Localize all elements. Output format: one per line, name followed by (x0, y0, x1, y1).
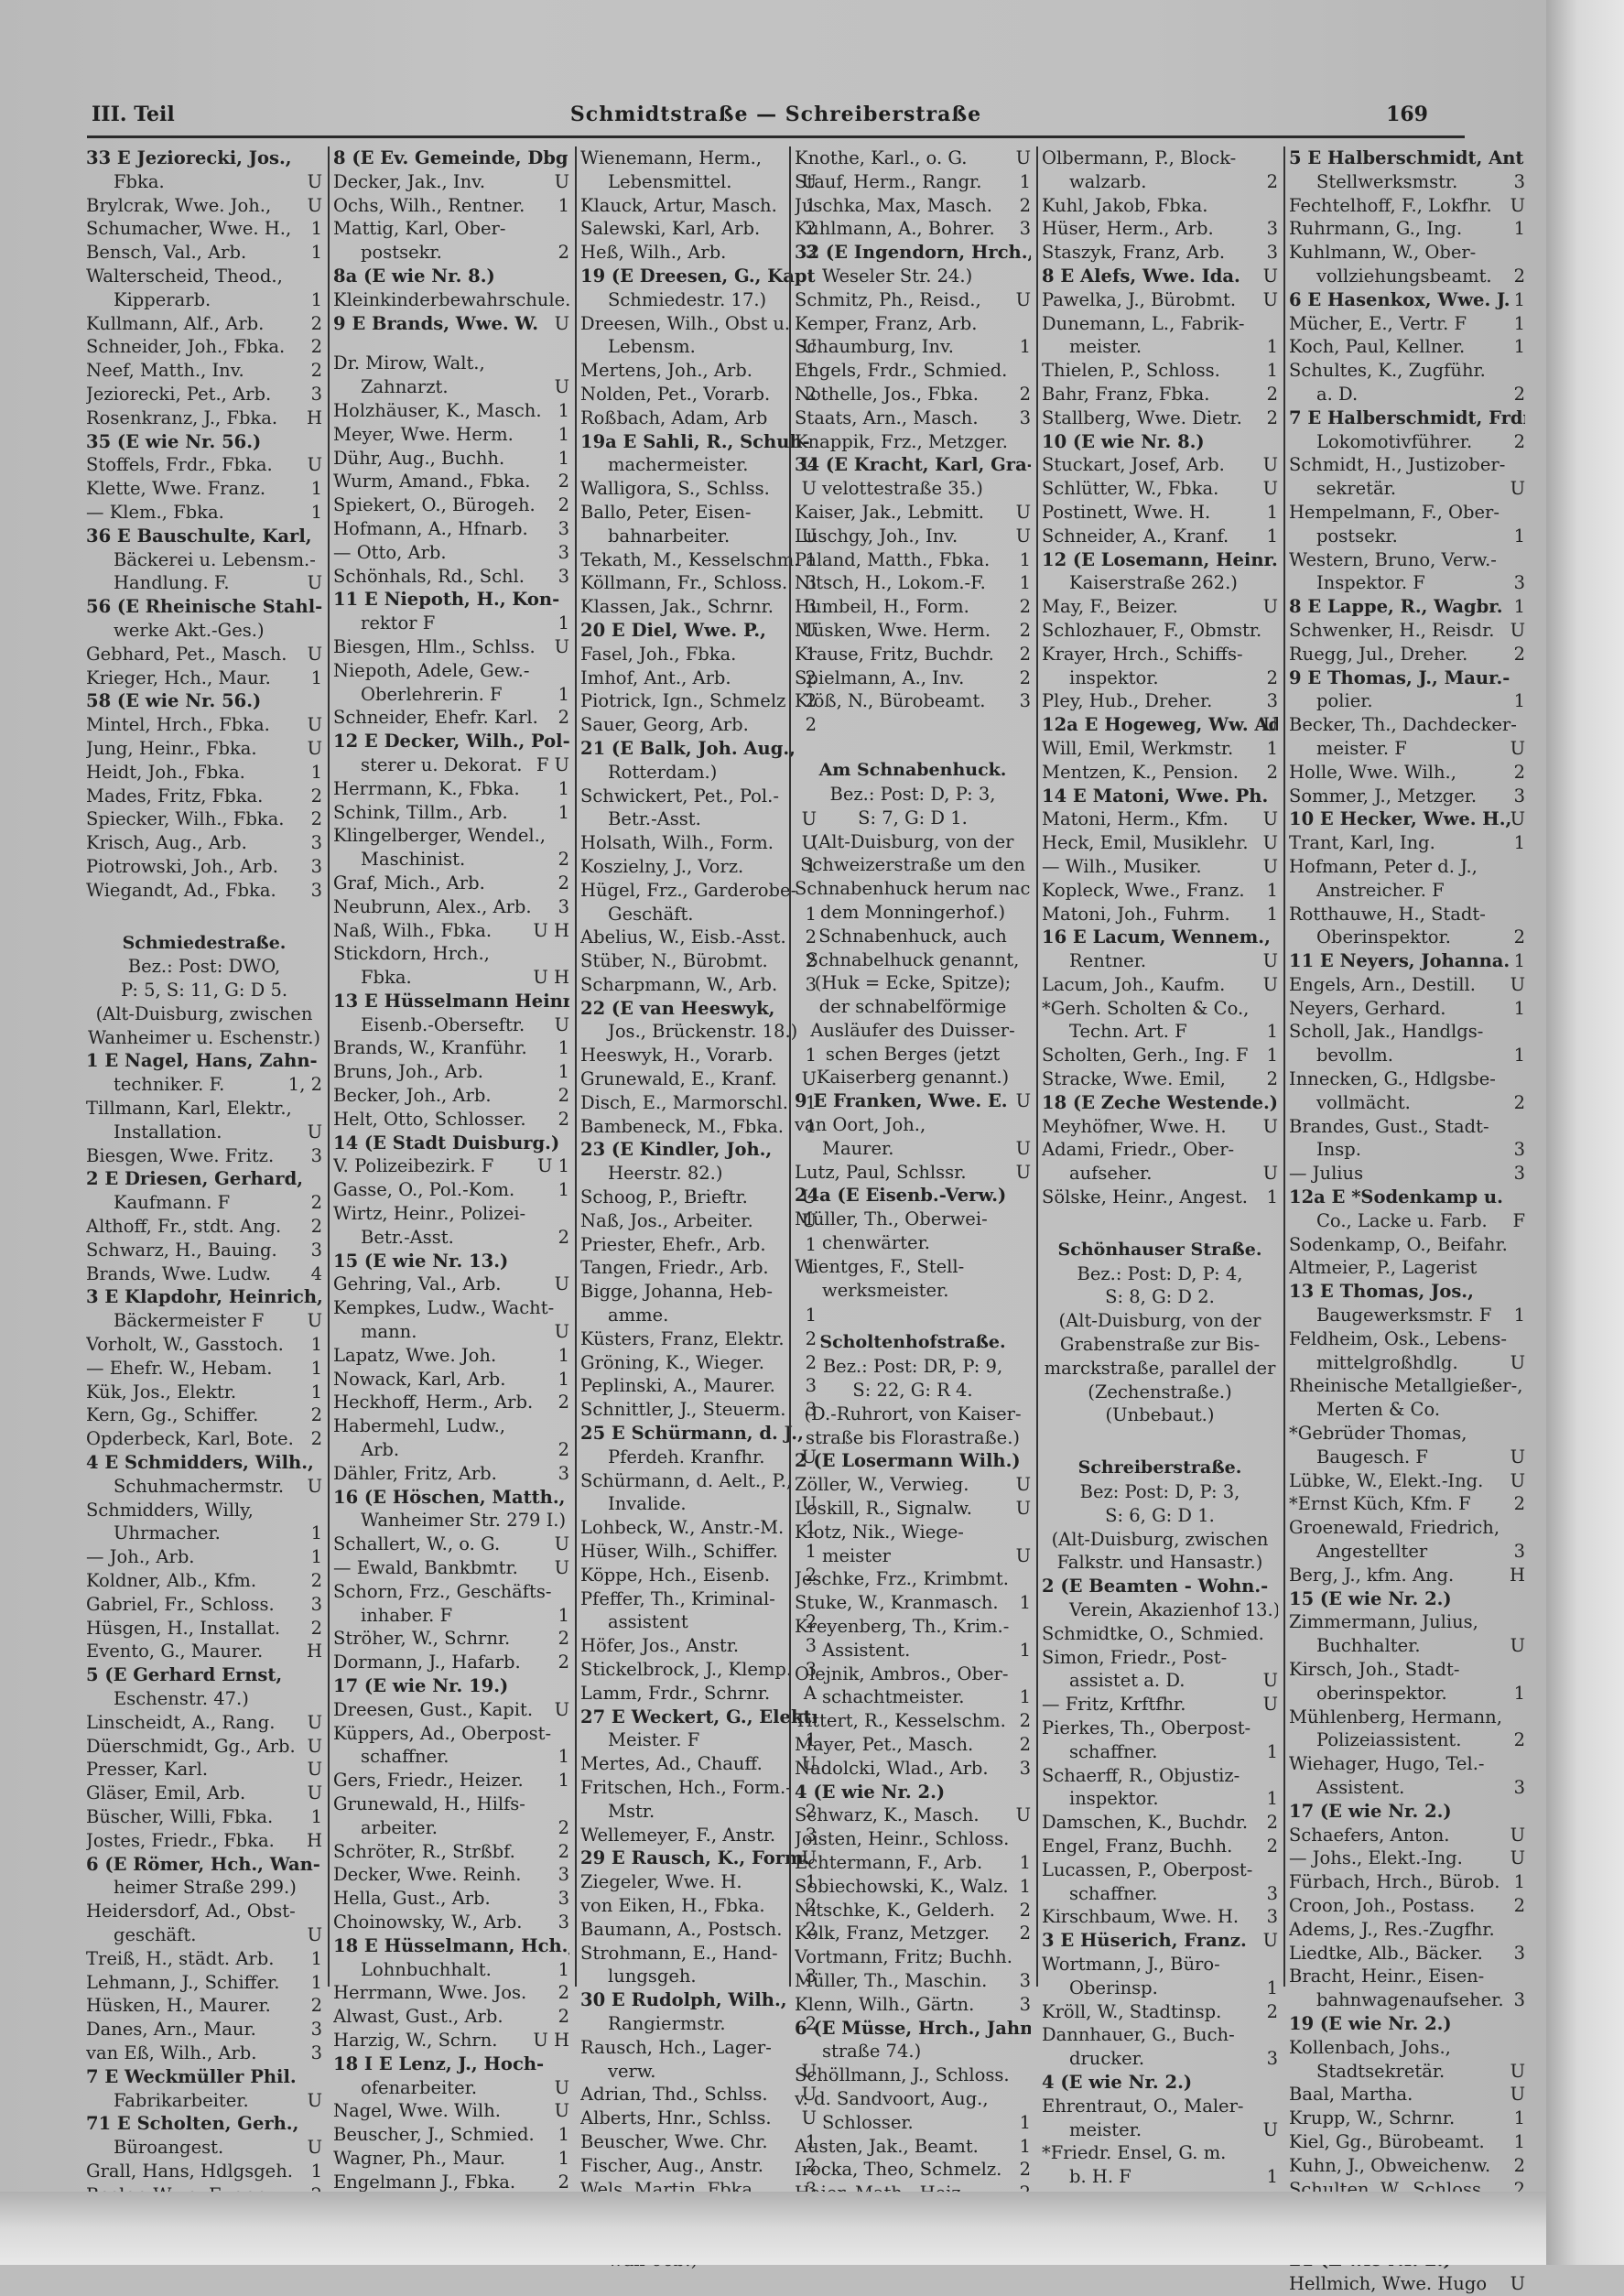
entry-text: Dühr, Aug., Buchh. (333, 447, 504, 471)
entry-text: Weseler Str. 24.) (795, 265, 972, 288)
entry-text: Müller, Th., Maschin. (795, 1969, 987, 1993)
resident-entry: — Fritz, Krftfhr.U (1042, 1693, 1278, 1717)
resident-entry: Ballo, Peter, Eisen- (580, 501, 817, 525)
resident-entry: Schaefers, Anton.U (1289, 1824, 1525, 1847)
resident-entry: Western, Bruno, Verw.- (1289, 548, 1525, 572)
resident-entry: Kollenbach, Johs., (1289, 2036, 1525, 2060)
entry-text: Schöllmann, J., Schloss. (795, 2063, 1010, 2087)
entry-text: Dreesen, Gust., Kapit. (333, 1698, 533, 1722)
entry-text: Groenewald, Friedrich, (1289, 1516, 1499, 1540)
entry-text: Olbermann, P., Block- (1042, 146, 1236, 170)
floor-marker: 3 (311, 1593, 322, 1617)
entry-text: Hüser, Herm., Arb. (1042, 217, 1214, 241)
floor-marker: 1 (311, 1357, 322, 1381)
entry-text: v. d. Sandvoort, Aug., (795, 2087, 989, 2111)
floor-marker: 2 (1514, 1728, 1525, 1752)
resident-entry: *Ernst Küch, Kfm. F2 (1289, 1492, 1525, 1516)
house-number-entry: 22 (E van Heeswyk, (580, 997, 817, 1021)
resident-entry: Tangen, Friedr., Arb.1 (580, 1256, 817, 1280)
entry-text: Heck, Emil, Musiklehr. (1042, 831, 1249, 855)
resident-entry: Eisenb.-Oberseftr.U (333, 1013, 569, 1037)
entry-text: *Friedr. Ensel, G. m. (1042, 2141, 1226, 2165)
floor-marker: 1 (1267, 879, 1278, 903)
resident-entry: Schnittler, J., Steuerm.3 (580, 1398, 817, 1422)
resident-entry: van Oort, Joh., (795, 1113, 1031, 1137)
entry-text: Jeschke, Frz., Krimbmt. (795, 1567, 1009, 1591)
resident-entry: Bäckermeister FU (86, 1309, 322, 1333)
floor-marker: 1 (1514, 949, 1525, 973)
house-number-entry: 16 E Lacum, Wennem., (1042, 926, 1278, 949)
street-heading: Schreiberstraße. (1042, 1457, 1278, 1480)
entry-text: Klette, Wwe. Franz. (86, 477, 265, 501)
resident-entry: Bracht, Heinr., Eisen- (1289, 1965, 1525, 1988)
resident-entry: Salewski, Karl, Arb.2 (580, 217, 817, 241)
entry-text: Harzig, W., Schrn. (333, 2029, 498, 2052)
entry-text: Schwarz, K., Masch. (795, 1803, 980, 1827)
entry-text: inspektor. (1042, 666, 1159, 690)
resident-entry: Austen, Jak., Beamt.1 (795, 2135, 1031, 2159)
resident-entry: Klotz, Nik., Wiege- (795, 1521, 1031, 1544)
resident-entry: Naß, Wilh., Fbka.U H (333, 919, 569, 943)
floor-marker: U (1510, 973, 1525, 997)
entry-text: schachtmeister. (795, 1685, 964, 1709)
street-info: Grabenstraße zur Bis- (1042, 1333, 1278, 1357)
entry-text: Insp. (1289, 1138, 1361, 1162)
resident-entry: Stuke, W., Kranmasch.1 (795, 1591, 1031, 1615)
resident-entry: V. Polizeibezirk. FU 1 (333, 1154, 569, 1178)
resident-entry: Müller, Th., Maschin.3 (795, 1969, 1031, 1993)
entry-text: Dormann, J., Hafarb. (333, 1651, 521, 1674)
floor-marker: U (555, 1556, 569, 1580)
resident-entry: Simon, Friedr., Post- (1042, 1646, 1278, 1670)
entry-text: Fritschen, Hch., Form.- (580, 1776, 792, 1800)
entry-text: Tekath, M., Kesselschm. (580, 548, 799, 572)
resident-entry: Gabriel, Fr., Schloss.3 (86, 1593, 322, 1617)
resident-entry: a. D.2 (1289, 383, 1525, 406)
entry-text: Co., Lacke u. Farb. (1289, 1209, 1488, 1233)
entry-text: techniker. F. (86, 1073, 224, 1097)
resident-entry: Disch, E., Marmorschl.1 (580, 1091, 817, 1115)
entry-text: Brylcrak, Wwe. Joh., (86, 194, 271, 218)
entry-text: 16 E Lacum, Wennem., (1042, 926, 1271, 949)
resident-entry: Hügel, Frz., Garderobe- (580, 879, 817, 903)
resident-entry: Damschen, K., Buchdr.2 (1042, 1811, 1278, 1835)
entry-text: Adami, Friedr., Ober- (1042, 1138, 1234, 1162)
resident-entry: Schmitz, Ph., Reisd.,U (795, 288, 1031, 312)
resident-entry: Mücher, E., Vertr. F1 (1289, 312, 1525, 336)
entry-text: Büroangest. (86, 2136, 223, 2160)
entry-text: Uhrmacher. (86, 1522, 221, 1545)
floor-marker: U (1263, 1669, 1278, 1693)
floor-marker: U (1263, 288, 1278, 312)
resident-entry: Sommer, J., Metzger.3 (1289, 785, 1525, 808)
floor-marker: 3 (1267, 217, 1278, 241)
resident-entry: velottestraße 35.) (795, 477, 1031, 501)
entry-text: Müsken, Wwe. Herm. (795, 619, 991, 643)
floor-marker: U (308, 737, 322, 761)
floor-marker: 3 (558, 565, 569, 589)
entry-text: schaffner. (1042, 1740, 1157, 1764)
entry-text: Schlosser. (795, 2111, 914, 2135)
resident-entry: Schink, Tillm., Arb.1 (333, 801, 569, 825)
entry-text: 36 E Bauschulte, Karl, (86, 525, 312, 548)
entry-text: mittelgroßhdlg. (1289, 1351, 1458, 1375)
entry-text: — Klem., Fbka. (86, 501, 224, 525)
column-2: 8 (E Ev. Gemeinde, Dbg.)Decker, Jak., In… (333, 146, 569, 2265)
entry-text: Hella, Gust., Arb. (333, 1887, 491, 1911)
entry-text: Klöß, N., Bürobeamt. (795, 689, 986, 713)
entry-text: Imhof, Ant., Arb. (580, 666, 731, 690)
resident-entry: Wienemann, Herm., (580, 146, 817, 170)
entry-text: 10 (E wie Nr. 8.) (1042, 430, 1205, 454)
floor-marker: 1 (558, 1060, 569, 1084)
floor-marker: 2 (1267, 2000, 1278, 2024)
street-heading: Schönhauser Straße. (1042, 1239, 1278, 1262)
resident-entry: Co., Lacke u. Farb.F (1289, 1209, 1525, 1233)
floor-marker: U (308, 170, 322, 194)
resident-entry: Ruhrmann, G., Ing.1 (1289, 217, 1525, 241)
resident-entry: Fürbach, Hrch., Bürob.1 (1289, 1870, 1525, 1894)
entry-text: Stallberg, Wwe. Dietr. (1042, 406, 1242, 430)
resident-entry: ofenarbeiter.U (333, 2076, 569, 2100)
entry-text: meister. (1042, 2118, 1142, 2142)
entry-text: Vorholt, W., Gasstoch. (86, 1333, 284, 1357)
house-number-entry: 17 (E wie Nr. 19.) (333, 1674, 569, 1698)
resident-entry: meister. FU (1289, 737, 1525, 761)
floor-marker: U (308, 643, 322, 666)
entry-text: Büscher, Willi, Fbka. (86, 1805, 273, 1829)
resident-entry: Stickdorn, Hrch., (333, 942, 569, 966)
entry-text: Nitsch, H., Lokom.-F. (795, 571, 986, 595)
entry-text: Roßbach, Adam, Arb (580, 406, 767, 430)
resident-entry: Nolden, Pet., Vorarb.2 (580, 383, 817, 406)
resident-entry: Betr.-Asst.U (580, 807, 817, 831)
resident-entry: Walterscheid, Theod., (86, 265, 322, 288)
entry-text: schaffner. (1042, 1882, 1157, 1906)
resident-entry: Lapatz, Wwe. Joh.1 (333, 1344, 569, 1368)
floor-marker: 1 (1020, 1875, 1031, 1899)
resident-entry: Schmidders, Willy, (86, 1499, 322, 1522)
street-info: Schweizerstraße um den (795, 853, 1031, 877)
floor-marker: 3 (311, 1239, 322, 1262)
resident-entry: Schlozhauer, F., Obmstr. (1042, 619, 1278, 643)
resident-entry: Fechtelhoff, F., Lokfhr.U (1289, 194, 1525, 218)
floor-marker: U (1263, 831, 1278, 855)
floor-marker: 3 (1514, 1138, 1525, 1162)
resident-entry: Kern, Gg., Schiffer.2 (86, 1403, 322, 1427)
column-divider (1283, 146, 1285, 1987)
floor-marker: 1 (558, 612, 569, 635)
entry-text: Bäckermeister F (86, 1309, 264, 1333)
floor-marker: 2 (1267, 666, 1278, 690)
entry-text: Lamm, Frdr., Schrnr. (580, 1682, 770, 1706)
floor-marker: 3 (311, 1144, 322, 1168)
floor-marker: 1 (1514, 217, 1525, 241)
resident-entry: Assistent.1 (795, 1639, 1031, 1662)
entry-text: Engels, Frdr., Schmied. (795, 359, 1007, 383)
entry-text: 18 (E Zeche Westende.) (1042, 1091, 1278, 1115)
entry-text: Schmidtke, O., Schmied. (1042, 1622, 1264, 1646)
house-number-entry: 11 E Niepoth, H., Kon- (333, 588, 569, 612)
floor-marker: U (308, 713, 322, 737)
resident-entry: Ochs, Wilh., Rentner.1 (333, 194, 569, 218)
resident-entry: Mentzen, K., Pension.2 (1042, 761, 1278, 785)
floor-marker: U H (533, 2029, 569, 2052)
resident-entry: Staszyk, Franz, Arb.3 (1042, 241, 1278, 265)
floor-marker: 2 (1020, 2158, 1031, 2182)
entry-text: 18 E Hüsselmann, Hch., (333, 1934, 569, 1958)
resident-entry: Büscher, Willi, Fbka.1 (86, 1805, 322, 1829)
floor-marker: 2 (1514, 1894, 1525, 1918)
entry-text: Arb. (333, 1438, 399, 1462)
floor-marker: U (1263, 595, 1278, 619)
floor-marker: U (308, 2089, 322, 2113)
entry-text: Kleinkinderbewahrschule. (333, 288, 569, 312)
resident-entry: Feldheim, Osk., Lebens- (1289, 1327, 1525, 1351)
house-number-entry: 19 (E wie Nr. 2.) (1289, 2012, 1525, 2036)
resident-entry: Küsters, Franz, Elektr.2 (580, 1327, 817, 1351)
spacer (86, 903, 322, 919)
floor-marker: U (1510, 737, 1525, 761)
entry-text: Helt, Otto, Schlosser. (333, 1108, 526, 1132)
entry-text: Grunewald, E., Kranf. (580, 1067, 777, 1091)
floor-marker: 2 (311, 1617, 322, 1641)
entry-text: Lokomotivführer. (1289, 430, 1472, 454)
resident-entry: Meister. F1 (580, 1728, 817, 1752)
resident-entry: postsekr.2 (333, 241, 569, 265)
resident-entry: Stüber, N., Bürobmt.2 (580, 949, 817, 973)
resident-entry: Holzhäuser, K., Masch.1 (333, 399, 569, 423)
house-number-entry: 11 E Neyers, Johanna.1 (1289, 949, 1525, 973)
spacer (795, 1302, 1031, 1318)
column-4: Knothe, Karl., o. G.UStauf, Herm., Rangr… (795, 146, 1031, 2229)
entry-text: — Ewald, Bankbmtr. (333, 1556, 518, 1580)
entry-text: Nothelle, Jos., Fbka. (795, 383, 979, 406)
entry-text: Maschinist. (333, 848, 465, 872)
floor-marker: 1 (1514, 335, 1525, 359)
floor-marker: U (1263, 807, 1278, 831)
street-info: Wanheimer u. Eschenstr.) (86, 1026, 322, 1050)
entry-text: postsekr. (1289, 525, 1398, 548)
resident-entry: Techn. Art. F1 (1042, 1020, 1278, 1044)
resident-entry: Mertes, Ad., Chauff.U (580, 1752, 817, 1776)
resident-entry: Köppe, Hch., Eisenb.2 (580, 1564, 817, 1587)
floor-marker: 2 (1267, 761, 1278, 785)
floor-marker: 2 (1267, 406, 1278, 430)
entry-text: Scharpmann, W., Arb. (580, 973, 777, 997)
house-number-entry: 3 E Klapdohr, Heinrich, (86, 1285, 322, 1309)
house-number-entry: 71 E Scholten, Gerh., (86, 2112, 322, 2136)
entry-text: Schneider, A., Kranf. (1042, 525, 1229, 548)
resident-entry: Wanheimer Str. 279 I.) (333, 1509, 569, 1532)
resident-entry: Lucassen, P., Oberpost- (1042, 1858, 1278, 1882)
floor-marker: U (1510, 1446, 1525, 1469)
resident-entry: Althoff, Fr., stdt. Ang.2 (86, 1215, 322, 1239)
entry-text: Krause, Fritz, Buchdr. (795, 643, 994, 666)
entry-text: Dreesen, Wilh., Obst u. (580, 312, 790, 336)
house-number-entry: 4 E Schmidders, Wilh., (86, 1451, 322, 1475)
entry-text: Abelius, W., Eisb.-Asst. (580, 926, 786, 949)
floor-marker: 3 (1267, 689, 1278, 713)
resident-entry: Bäckerei u. Lebensm.- (86, 548, 322, 572)
entry-text: Presser, Karl. (86, 1758, 208, 1782)
entry-text: — Wilh., Musiker. (1042, 855, 1202, 879)
entry-text: 15 (E wie Nr. 13.) (333, 1250, 508, 1273)
entry-text: Baugesch. F (1289, 1446, 1428, 1469)
entry-text: Ehrentraut, O., Maler- (1042, 2095, 1244, 2118)
resident-entry: Scholl, Jak., Handlgs- (1289, 1020, 1525, 1044)
entry-text: 8 E Alefs, Wwe. Ida. (1042, 265, 1240, 288)
resident-entry: Wortmann, J., Büro- (1042, 1953, 1278, 1977)
floor-marker: 1 (1514, 1870, 1525, 1894)
entry-text: Kuhl, Jakob, Fbka. (1042, 194, 1207, 218)
house-number-entry: 34 (E Kracht, Karl, Gra- (795, 453, 1031, 477)
house-number-entry: 8 E Alefs, Wwe. Ida.U (1042, 265, 1278, 288)
resident-entry: Höfer, Jos., Anstr.3 (580, 1634, 817, 1658)
floor-marker: 2 (1020, 383, 1031, 406)
floor-marker: U (1016, 146, 1031, 170)
floor-marker: 3 (311, 2018, 322, 2041)
resident-entry: Schwenker, H., Reisdr.U (1289, 619, 1525, 643)
floor-marker: 3 (1267, 1905, 1278, 1929)
floor-marker: U (555, 2076, 569, 2100)
entry-text: Ströher, W., Schrnr. (333, 1627, 510, 1651)
floor-marker: 2 (558, 1981, 569, 2005)
floor-marker: 1 (1020, 2111, 1031, 2135)
entry-text: verw. (580, 2060, 655, 2084)
resident-entry: inhaber. F1 (333, 1604, 569, 1628)
floor-marker: 3 (558, 1887, 569, 1911)
resident-entry: Anstreicher. F (1289, 879, 1525, 903)
resident-entry: Kuhlmann, A., Bohrer.3 (795, 217, 1031, 241)
floor-marker: 1 (1267, 1186, 1278, 1209)
entry-text: Lohbeck, W., Anstr.-M. (580, 1516, 784, 1540)
entry-text: Luschgy, Joh., Inv. (795, 525, 958, 548)
floor-marker: 2 (558, 872, 569, 895)
entry-text: Scholten, Gerh., Ing. F (1042, 1044, 1248, 1067)
entry-text: Mayer, Pet., Masch. (795, 1733, 973, 1757)
resident-entry: Koldner, Alb., Kfm.2 (86, 1569, 322, 1593)
entry-text: Wortmann, J., Büro- (1042, 1953, 1220, 1977)
entry-text: Stracke, Wwe. Emil, (1042, 1067, 1226, 1091)
resident-entry: Croon, Joh., Postass.2 (1289, 1894, 1525, 1918)
entry-text: Engelmann J., Fbka. (333, 2171, 515, 2194)
floor-marker: U (1263, 2118, 1278, 2142)
resident-entry: Innecken, G., Hdlgsbe- (1289, 1067, 1525, 1091)
entry-text: 11 E Niepoth, H., Kon- (333, 588, 559, 612)
entry-text: Beuscher, J., Schmied. (333, 2123, 535, 2147)
house-number-entry: 27 E Weckert, G., Elektr.- (580, 1706, 817, 1729)
entry-text: Gehring, Val., Arb. (333, 1273, 502, 1296)
resident-entry: sekretär.U (1289, 477, 1525, 501)
floor-marker: U (308, 453, 322, 477)
entry-text: Bruns, Joh., Arb. (333, 1060, 483, 1084)
resident-entry: Insp.3 (1289, 1138, 1525, 1162)
entry-text: V. Polizeibezirk. F (333, 1154, 493, 1178)
entry-text: 19 (E Dreesen, G., Kapt., (580, 265, 817, 288)
street-info: Schnabenhuck, auch (795, 925, 1031, 948)
entry-text: inspektor. (1042, 1787, 1159, 1811)
entry-text: Nadolcki, Wlad., Arb. (795, 1757, 989, 1781)
entry-text: 17 (E wie Nr. 19.) (333, 1674, 508, 1698)
resident-entry: Evento, G., Maurer.H (86, 1640, 322, 1663)
entry-text: Simon, Friedr., Post- (1042, 1646, 1227, 1670)
resident-entry: vollziehungsbeamt.2 (1289, 265, 1525, 288)
resident-entry: sterer u. Dekorat.F U (333, 753, 569, 777)
floor-marker: U (1510, 1469, 1525, 1493)
house-number-entry: 13 E Hüsselmann Heinr., (333, 990, 569, 1013)
resident-entry: bevollm.1 (1289, 1044, 1525, 1067)
resident-entry: — Wilh., Musiker.U (1042, 855, 1278, 879)
floor-marker: 3 (311, 383, 322, 406)
floor-marker: 3 (1020, 689, 1031, 713)
floor-marker: U (1510, 807, 1525, 831)
resident-entry: Kaiser, Jak., Lebmitt.U (795, 501, 1031, 525)
entry-text: Kollenbach, Johs., (1289, 2036, 1451, 2060)
entry-text: 19 (E wie Nr. 2.) (1289, 2012, 1452, 2036)
floor-marker: 1 (311, 666, 322, 690)
entry-text: *Gebrüder Thomas, (1289, 1422, 1467, 1446)
entry-text: 58 (E wie Nr. 56.) (86, 689, 261, 713)
resident-entry: Altmeier, P., Lagerist (1289, 1256, 1525, 1280)
entry-text: Zimmermann, Julius, (1289, 1610, 1478, 1634)
resident-entry: Berg, J., kfm. Ang.H (1289, 1564, 1525, 1587)
entry-text: 4 (E wie Nr. 2.) (1042, 2071, 1192, 2095)
house-number-entry: 15 (E wie Nr. 13.) (333, 1250, 569, 1273)
entry-text: Merten & Co. (1289, 1398, 1440, 1422)
entry-text: Biesgen, Wwe. Fritz. (86, 1144, 274, 1168)
resident-entry: Opderbeck, Karl, Bote.2 (86, 1427, 322, 1451)
resident-entry: heimer Straße 299.) (86, 1876, 322, 1900)
resident-entry: Linscheidt, A., Rang.U (86, 1711, 322, 1735)
floor-marker: 1 (1020, 170, 1031, 194)
entry-text: Holzhäuser, K., Masch. (333, 399, 542, 423)
entry-text: Western, Bruno, Verw.- (1289, 548, 1497, 572)
floor-marker: 1 (558, 194, 569, 218)
entry-text: Schallert, W., o. G. (333, 1532, 500, 1556)
entry-text: Schwarz, H., Bauing. (86, 1239, 277, 1262)
entry-text: assistent (580, 1610, 688, 1634)
entry-text: Tillmann, Karl, Elektr., (86, 1097, 292, 1121)
resident-entry: Biesgen, Hlm., Schlss.U (333, 635, 569, 659)
resident-entry: Heerstr. 82.) (580, 1162, 817, 1186)
entry-text: Wiehager, Hugo, Tel.- (1289, 1752, 1485, 1776)
floor-marker: 1 (311, 1545, 322, 1569)
resident-entry: Spielmann, A., Inv.2 (795, 666, 1031, 690)
entry-text: 3 E Klapdohr, Heinrich, (86, 1285, 322, 1309)
entry-text: Kaufmann. F (86, 1191, 230, 1215)
entry-text: meister (795, 1544, 891, 1568)
resident-entry: Alberts, Hnr., Schlss.U (580, 2106, 817, 2130)
street-info: straße bis Florastraße.) (795, 1426, 1031, 1450)
entry-text: Nitschke, K., Gelderh. (795, 1899, 995, 1922)
entry-text: Koch, Paul, Kellner. (1289, 335, 1465, 359)
street-info: Bez.: Post: DWO, (86, 955, 322, 979)
entry-text: Bigge, Johanna, Heb- (580, 1280, 773, 1304)
resident-entry: Installation.U (86, 1121, 322, 1144)
floor-marker: 3 (1020, 1757, 1031, 1781)
resident-entry: Nagel, Wwe. Wilh.U (333, 2099, 569, 2123)
resident-entry: Krisch, Aug., Arb.3 (86, 831, 322, 855)
floor-marker: 3 (1514, 1162, 1525, 1186)
floor-marker: 1 (1020, 1639, 1031, 1662)
entry-text: Graf, Mich., Arb. (333, 872, 485, 895)
entry-text: 35 (E wie Nr. 56.) (86, 430, 261, 454)
resident-entry: rektor F1 (333, 612, 569, 635)
entry-text: van Oort, Joh., (795, 1113, 926, 1137)
entry-text: 8 (E Ev. Gemeinde, Dbg.) (333, 146, 569, 170)
floor-marker: U (555, 635, 569, 659)
